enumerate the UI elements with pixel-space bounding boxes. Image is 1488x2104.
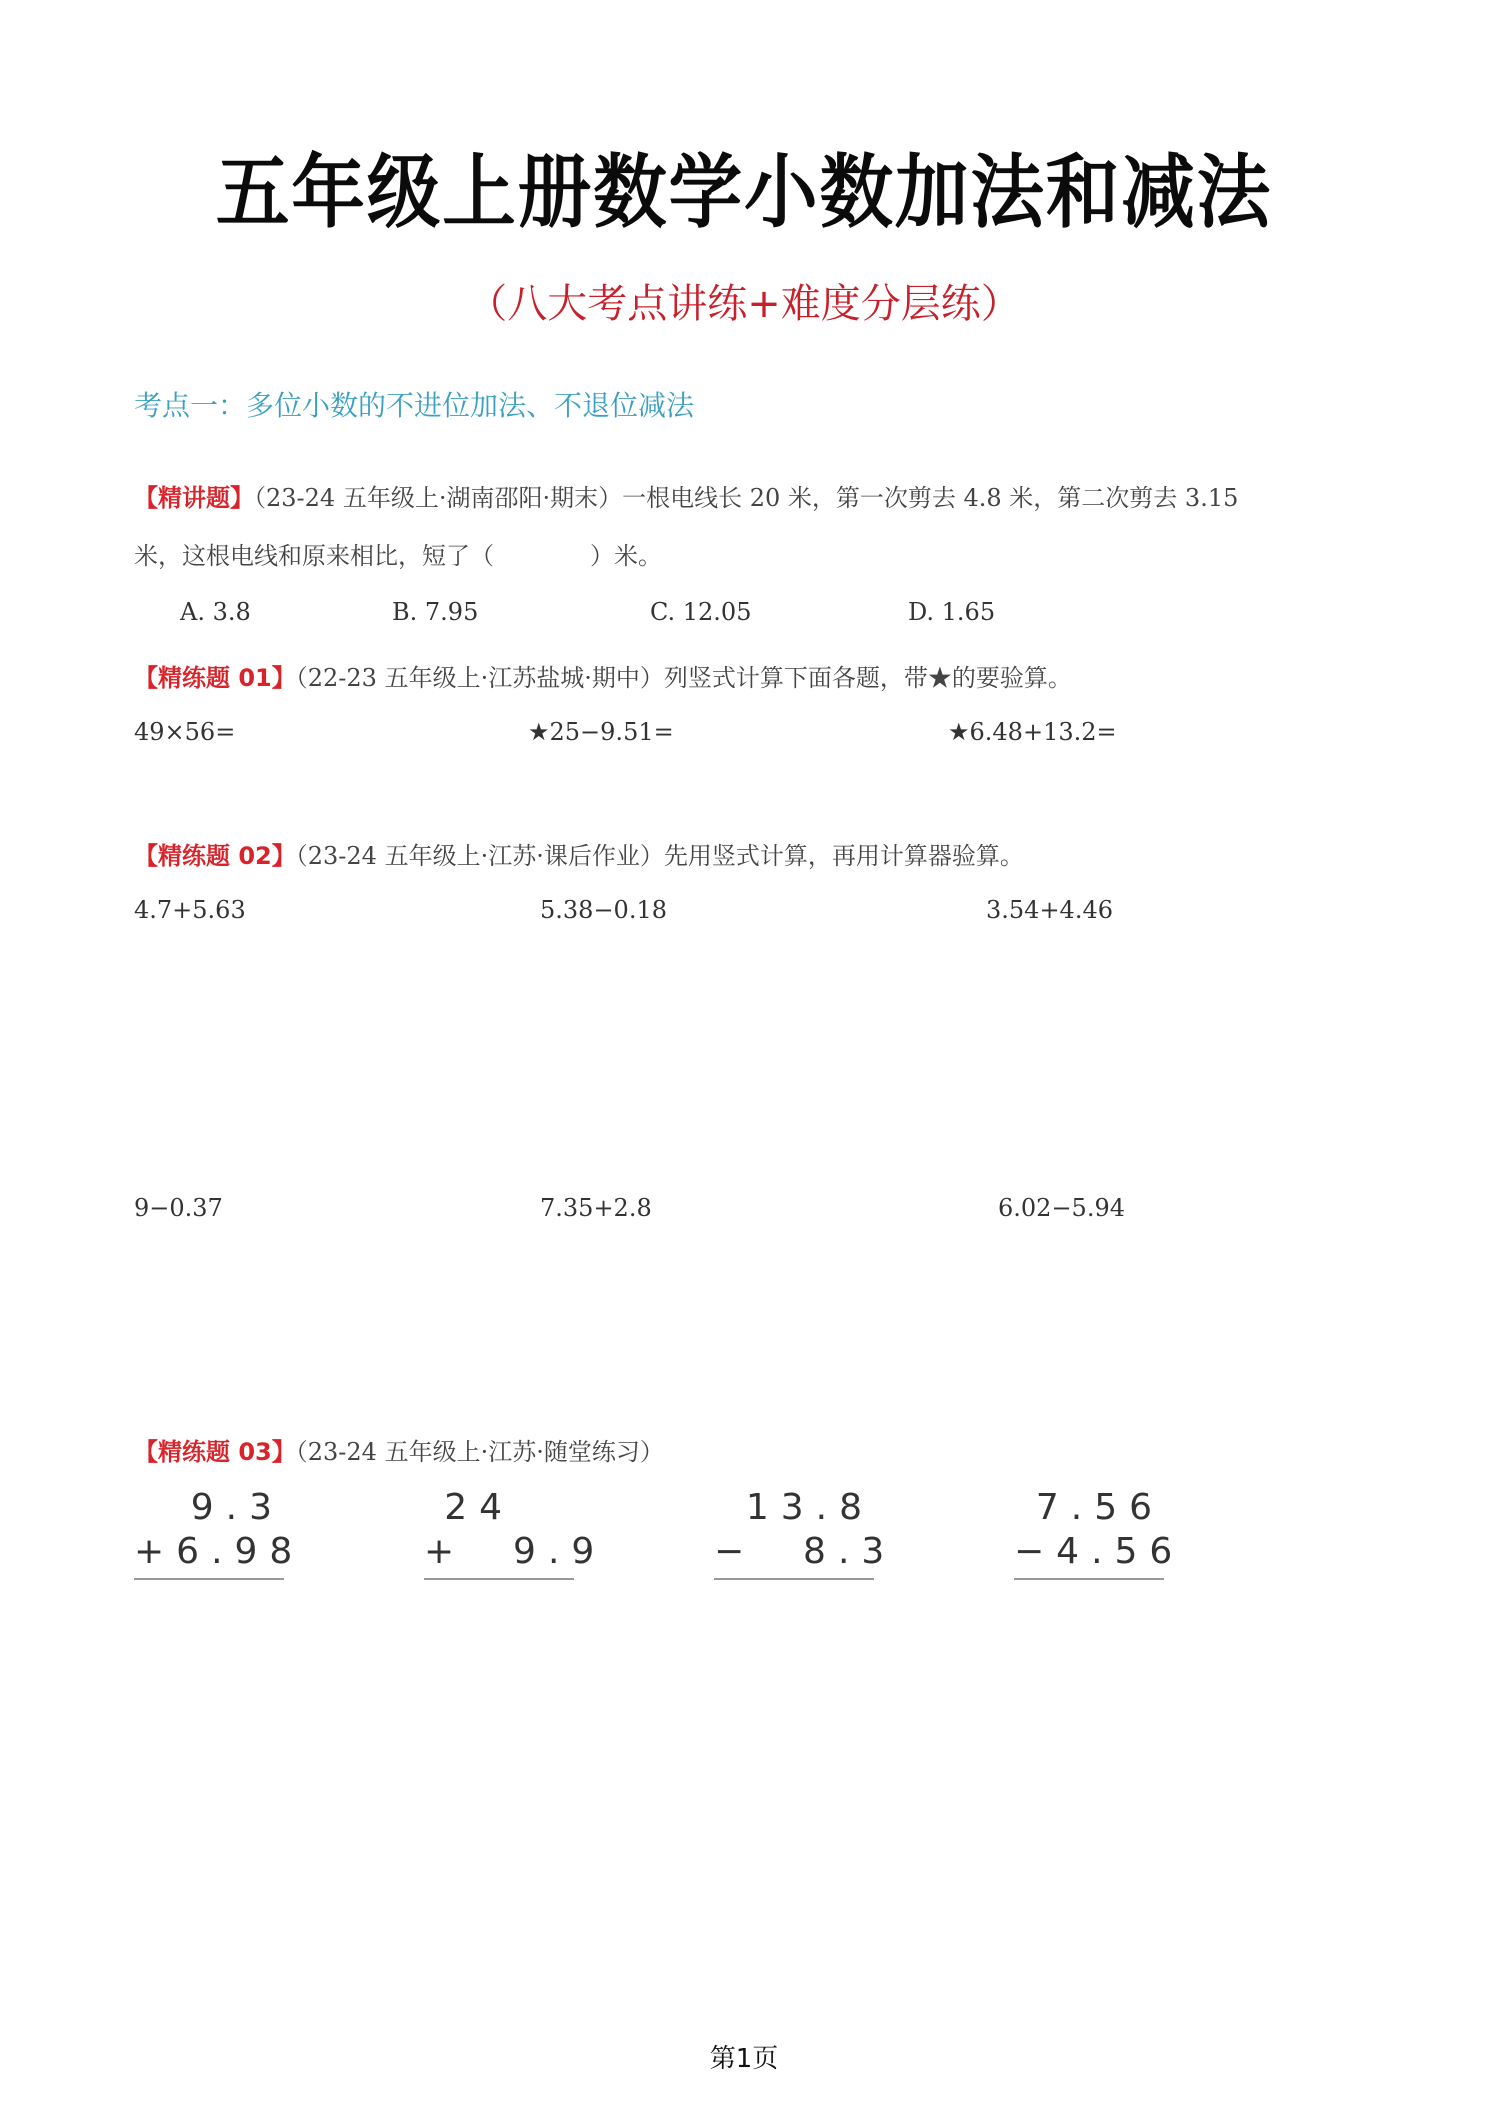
practice03-text: （23-24 五年级上·江苏·随堂练习） <box>296 1438 664 1466</box>
practice02-item-6: 6.02−5.94 <box>998 1194 1125 1222</box>
vertical-top: 24 <box>424 1486 574 1530</box>
practice03-header: 【精练题 03】（23-24 五年级上·江苏·随堂练习） <box>134 1432 664 1467</box>
practice03-tag: 【精练题 03】 <box>134 1438 296 1466</box>
vertical-problem-1: 9.3 +6.98 <box>134 1486 284 1580</box>
vertical-top: 13.8 <box>714 1486 874 1530</box>
option-c: C. 12.05 <box>650 598 751 626</box>
lecture-text: （23-24 五年级上·湖南邵阳·期末）一根电线长 20 米，第一次剪去 4.8… <box>254 484 1238 512</box>
option-a: A. 3.8 <box>180 598 251 626</box>
practice02-item-2: 5.38−0.18 <box>540 896 667 924</box>
vertical-top: 9.3 <box>134 1486 284 1530</box>
lecture-question-line2: 米，这根电线和原来相比，短了（ ）米。 <box>134 536 662 571</box>
practice02-tag: 【精练题 02】 <box>134 842 296 870</box>
practice01-text: （22-23 五年级上·江苏盐城·期中）列竖式计算下面各题，带★的要验算。 <box>296 664 1072 692</box>
answer-line <box>424 1578 574 1580</box>
practice02-item-5: 7.35+2.8 <box>540 1194 652 1222</box>
vertical-bottom: − 8.3 <box>714 1530 874 1574</box>
practice02-text: （23-24 五年级上·江苏·课后作业）先用竖式计算，再用计算器验算。 <box>296 842 1024 870</box>
option-d: D. 1.65 <box>908 598 995 626</box>
practice02-header: 【精练题 02】（23-24 五年级上·江苏·课后作业）先用竖式计算，再用计算器… <box>134 836 1024 871</box>
practice01-tag: 【精练题 01】 <box>134 664 296 692</box>
vertical-problem-4: 7.56 −4.56 <box>1014 1486 1164 1580</box>
practice01-item-1: 49×56= <box>134 718 235 746</box>
practice02-item-1: 4.7+5.63 <box>134 896 246 924</box>
lecture-question-line1: 【精讲题】（23-24 五年级上·湖南邵阳·期末）一根电线长 20 米，第一次剪… <box>134 478 1238 513</box>
practice01-item-3: ★6.48+13.2= <box>948 718 1117 746</box>
vertical-bottom: + 9.9 <box>424 1530 574 1574</box>
practice02-item-4: 9−0.37 <box>134 1194 223 1222</box>
practice02-item-3: 3.54+4.46 <box>986 896 1113 924</box>
answer-line <box>134 1578 284 1580</box>
vertical-problem-3: 13.8 − 8.3 <box>714 1486 874 1580</box>
page-subtitle: （八大考点讲练+难度分层练） <box>0 272 1488 329</box>
lecture-tag: 【精讲题】 <box>134 484 254 512</box>
answer-line <box>714 1578 874 1580</box>
practice01-header: 【精练题 01】（22-23 五年级上·江苏盐城·期中）列竖式计算下面各题，带★… <box>134 658 1072 693</box>
option-b: B. 7.95 <box>392 598 478 626</box>
vertical-problem-2: 24 + 9.9 <box>424 1486 574 1580</box>
vertical-bottom: −4.56 <box>1014 1530 1164 1574</box>
practice01-item-2: ★25−9.51= <box>528 718 674 746</box>
section-heading: 考点一：多位小数的不进位加法、不退位减法 <box>134 384 694 424</box>
vertical-bottom: +6.98 <box>134 1530 284 1574</box>
answer-line <box>1014 1578 1164 1580</box>
vertical-top: 7.56 <box>1014 1486 1164 1530</box>
page-number: 第1页 <box>0 2038 1488 2075</box>
page-title: 五年级上册数学小数加法和减法 <box>60 128 1429 243</box>
